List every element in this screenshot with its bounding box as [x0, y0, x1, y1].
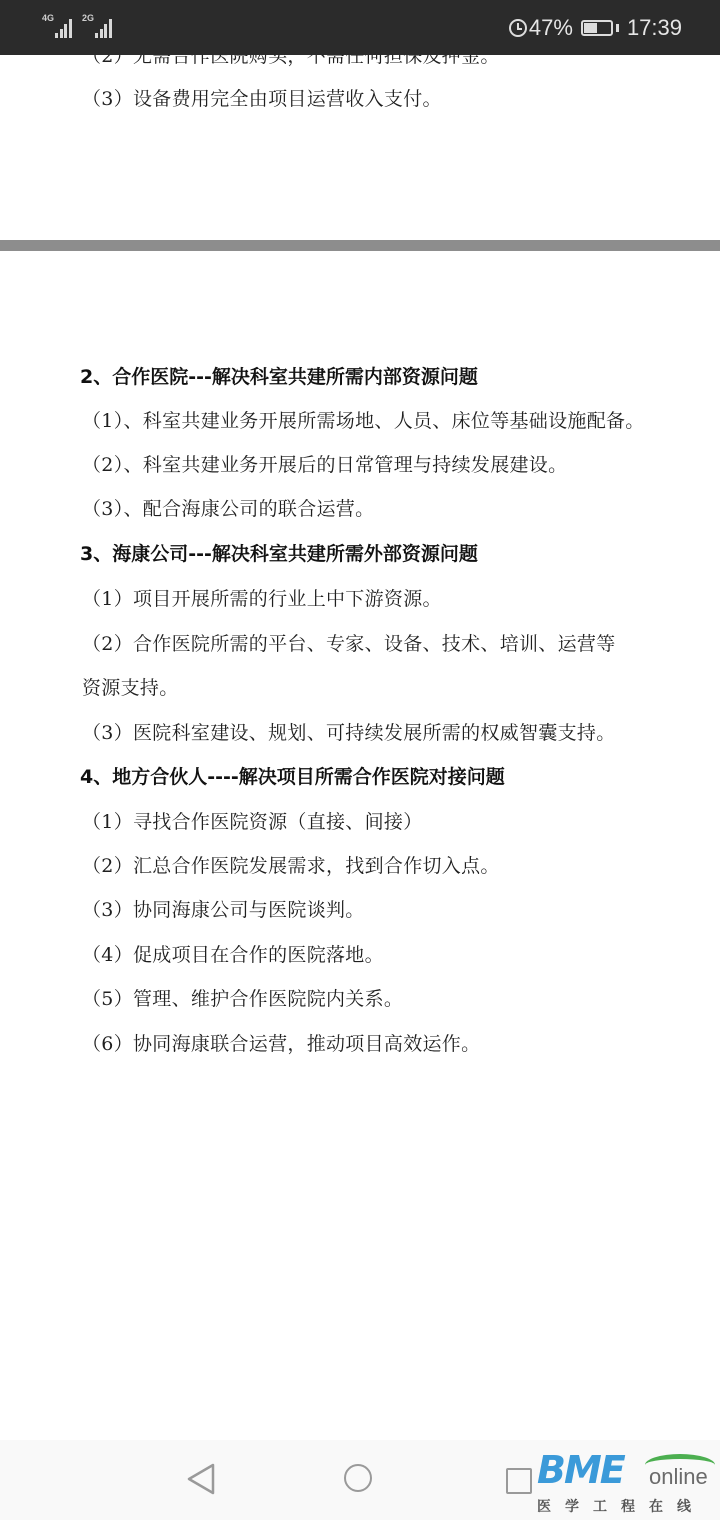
list-item-continuation: 资源支持。 [82, 676, 179, 700]
signal-4g-icon: 4G [42, 14, 73, 38]
battery-percent: 47% [529, 15, 573, 41]
section-heading: 3、海康公司---解决科室共建所需外部资源问题 [80, 542, 478, 566]
clock: 17:39 [627, 15, 682, 41]
list-item: （2）汇总合作医院发展需求，找到合作切入点。 [82, 854, 500, 878]
battery-tip [616, 24, 619, 32]
list-item: （5）管理、维护合作医院院内关系。 [82, 987, 403, 1011]
status-right: 47% 17:39 [509, 12, 682, 44]
list-item: （3）协同海康公司与医院谈判。 [82, 898, 365, 922]
list-item: （1）项目开展所需的行业上中下游资源。 [82, 587, 442, 611]
list-item: （2）合作医院所需的平台、专家、设备、技术、培训、运营等 [82, 632, 616, 656]
back-triangle-icon [186, 1462, 216, 1496]
list-item: （3）医院科室建设、规划、可持续发展所需的权威智囊支持。 [82, 721, 616, 745]
status-bar: 4G 2G 47% 17:39 [0, 0, 720, 55]
list-item: （1）寻找合作医院资源（直接、间接） [82, 810, 423, 834]
battery-icon [581, 20, 613, 36]
page-divider [0, 240, 720, 251]
logo-suffix: online [649, 1464, 708, 1490]
logo-subtitle: 医学工程在线 [537, 1496, 705, 1516]
home-button[interactable] [344, 1464, 372, 1492]
alarm-icon [509, 19, 527, 37]
back-button[interactable] [186, 1462, 216, 1496]
list-item: （2）、科室共建业务开展后的日常管理与持续发展建设。 [82, 453, 567, 477]
list-item: （3）、配合海康公司的联合运营。 [82, 497, 374, 521]
list-item: （1）、科室共建业务开展所需场地、人员、床位等基础设施配备。 [82, 409, 645, 433]
signal-1-label: 4G [42, 14, 54, 23]
section-heading: 4、地方合伙人----解决项目所需合作医院对接问题 [80, 765, 505, 789]
recent-apps-button[interactable] [506, 1468, 532, 1494]
list-item: （4）促成项目在合作的医院落地。 [82, 943, 384, 967]
list-item: （6）协同海康联合运营，推动项目高效运作。 [82, 1032, 480, 1056]
signal-2-label: 2G [82, 14, 94, 23]
partial-line: （3）设备费用完全由项目运营收入支付。 [82, 87, 442, 111]
section-heading: 2、合作医院---解决科室共建所需内部资源问题 [80, 365, 478, 389]
logo-brand: BME [537, 1450, 624, 1490]
bme-online-watermark: BME online 医学工程在线 [537, 1450, 720, 1520]
signal-2g-icon: 2G [82, 14, 113, 38]
